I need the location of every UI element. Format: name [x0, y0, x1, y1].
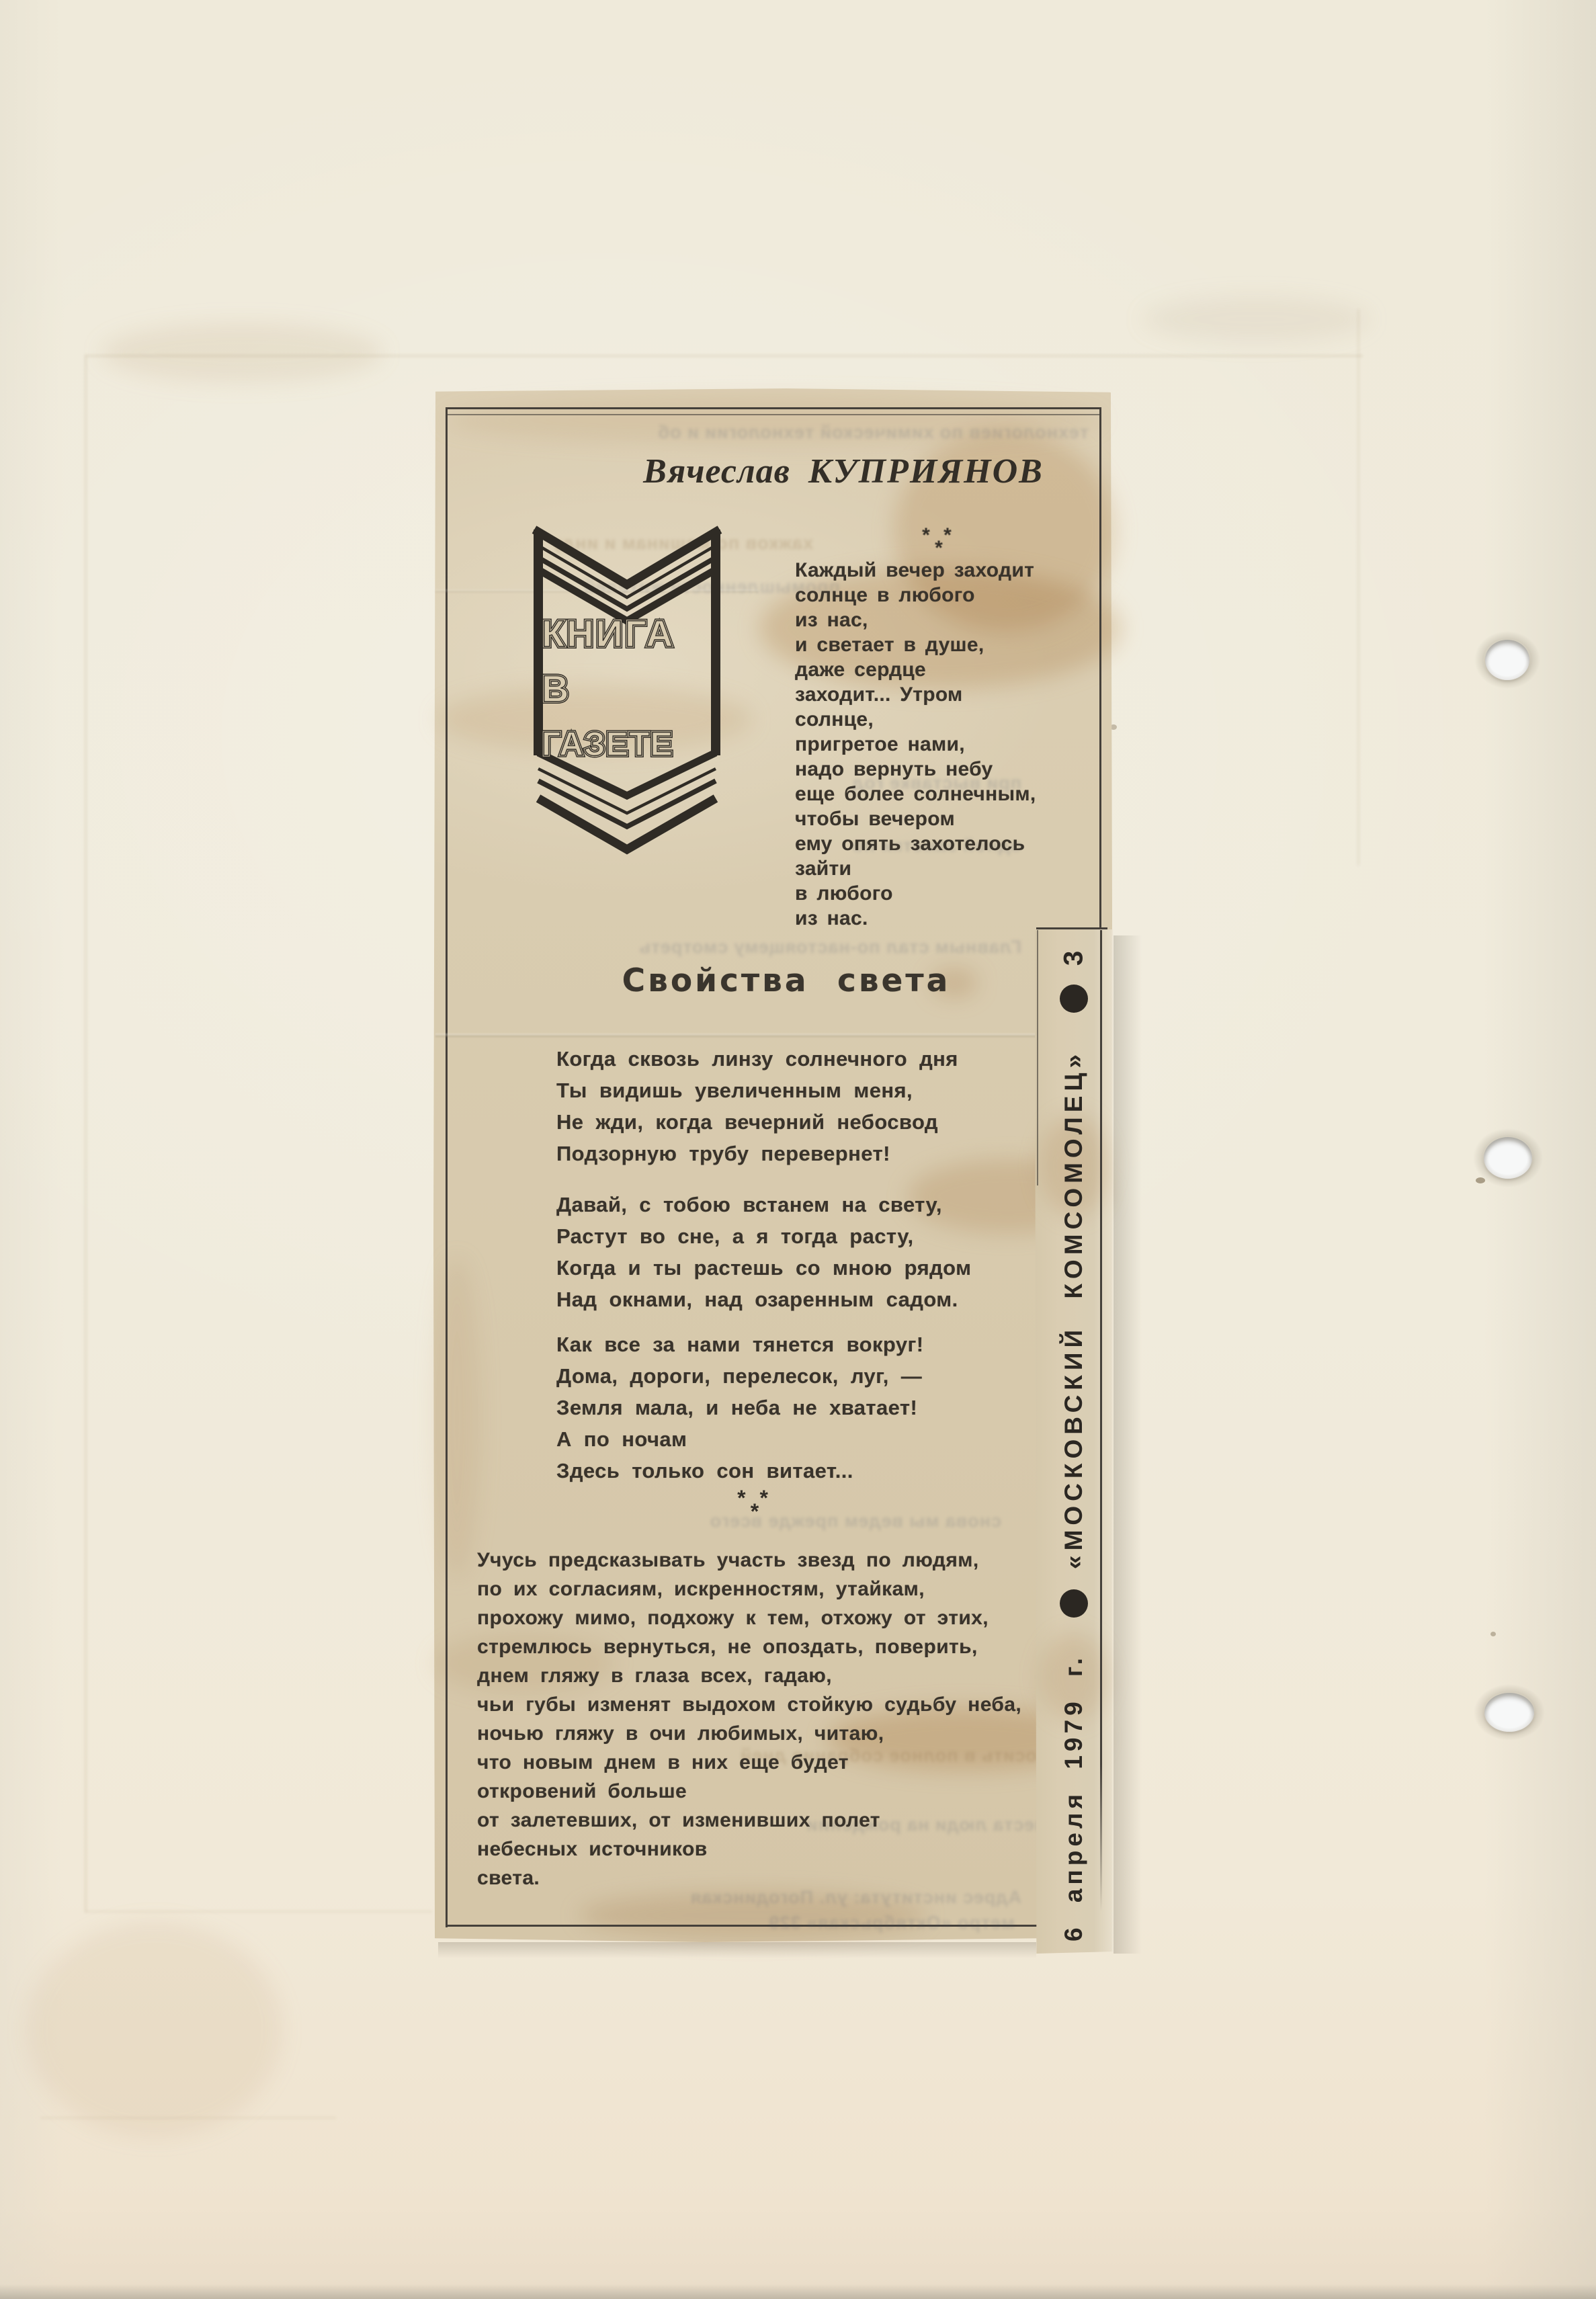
- poem-line: небесных источников: [477, 1835, 1021, 1864]
- glue-outline-right: [1357, 309, 1359, 866]
- punch-hole: [1485, 640, 1529, 680]
- logo-letter-layer: ГАЗЕТЕ: [542, 724, 673, 763]
- stanza-1: Когда сквозь линзу солнечного дняТы види…: [556, 1043, 958, 1169]
- poem-line: зайти: [795, 856, 1036, 881]
- asterism-row: *: [718, 1505, 792, 1519]
- poem-line: заходит... Утром: [795, 682, 1036, 707]
- poem-line: чтобы вечером: [795, 806, 1036, 831]
- logo-word-kniga: КНИГАКНИГАКНИГА: [542, 612, 712, 655]
- bullet-icon: [1060, 985, 1088, 1013]
- poem-line: пригретое нами,: [795, 732, 1036, 757]
- poem-line: Над окнами, над озаренным садом.: [556, 1284, 971, 1315]
- poem-line: Земля мала, и неба не хватает!: [556, 1392, 924, 1423]
- page-speck: [1490, 1632, 1496, 1636]
- page-stain: [27, 1922, 282, 2137]
- poem-line: по их согласиям, искренностям, утайкам,: [477, 1575, 1021, 1603]
- poem-line: что новым днем в них еще будет: [477, 1748, 1021, 1777]
- strip-shadow: [1114, 935, 1142, 1954]
- poem-line: стремлюсь вернуться, не опоздать, повери…: [477, 1632, 1021, 1661]
- logo-lettering: КНИГАКНИГАКНИГА ВВВ ГАЗЕТЕГАЗЕТЕГАЗЕТЕ: [542, 612, 712, 741]
- poem-line: солнце в любого: [795, 583, 1036, 608]
- logo-letter-layer: КНИГА: [542, 612, 675, 655]
- asterism-separator: * * *: [718, 1492, 792, 1519]
- fold-crease: [435, 1034, 1037, 1037]
- poem-line: и светает в душе,: [795, 632, 1036, 657]
- poem-line: света.: [477, 1864, 1021, 1892]
- scanner-edge-shadow: [0, 2284, 1596, 2299]
- poem-line: Подзорную трубу перевернет!: [556, 1138, 958, 1169]
- poem-line: Учусь предсказывать участь звезд по людя…: [477, 1546, 1021, 1575]
- poem-line: Здесь только сон витает...: [556, 1455, 924, 1487]
- punch-hole: [1484, 1137, 1532, 1179]
- poem-line: Дома, дороги, перелесок, луг, —: [556, 1360, 924, 1392]
- poem-line: А по ночам: [556, 1423, 924, 1455]
- scanned-archive-page: технологиев по химической технологии и о…: [0, 0, 1596, 2299]
- frame-right-rule: [1099, 407, 1101, 929]
- poem-line: прохожу мимо, подхожу к тем, отхожу от э…: [477, 1603, 1021, 1632]
- poem-line: откровений больше: [477, 1777, 1021, 1806]
- strip-left-rule: [1037, 930, 1038, 1185]
- stanza-2: Давай, с тобою встанем на свету,Растут в…: [556, 1189, 971, 1315]
- poem-line: надо вернуть небу: [795, 757, 1036, 782]
- poem-line: еще более солнечным,: [795, 782, 1036, 806]
- poem-line: из нас.: [795, 906, 1036, 931]
- sidebar-rotated-text: 6 апреля 1979 г. «МОСКОВСКИЙ КОМСОМОЛЕЦ»…: [1039, 929, 1109, 1951]
- clipping-stain: [433, 1257, 480, 1579]
- poem-line: ему опять захотелось: [795, 831, 1036, 856]
- bullet-icon: [1060, 1589, 1088, 1618]
- asterism-row: *: [909, 542, 969, 555]
- logo-letter-layer: В: [542, 667, 569, 710]
- poem-line: днем гляжу в глаза всех, гадаю,: [477, 1661, 1021, 1690]
- author-last-name: КУПРИЯНОВ: [808, 452, 1044, 491]
- stanza-3: Как все за нами тянется вокруг!Дома, дор…: [556, 1329, 924, 1487]
- bleedthrough-text: технологиев по химической технологии и о…: [464, 422, 1089, 443]
- newspaper-name: «МОСКОВСКИЙ КОМСОМОЛЕЦ»: [1060, 1050, 1088, 1569]
- page-number: 3: [1059, 951, 1089, 966]
- glue-outline-left: [85, 355, 87, 1913]
- poem-line: Растут во сне, а я тогда расту,: [556, 1220, 971, 1252]
- poem-line: Ты видишь увеличенным меня,: [556, 1075, 958, 1106]
- clipping-bottom-shadow: [438, 1942, 1036, 1958]
- poem-2: Учусь предсказывать участь звезд по людя…: [477, 1546, 1021, 1892]
- logo-word-v: ВВВ: [542, 667, 712, 710]
- poem-1: Каждый вечер заходитсолнце в любогоиз на…: [795, 558, 1036, 931]
- poem-line: Как все за нами тянется вокруг!: [556, 1329, 924, 1360]
- poem-line: из нас,: [795, 608, 1036, 632]
- poem-line: Давай, с тобою встанем на свету,: [556, 1189, 971, 1220]
- poem-line: Когда и ты растешь со мною рядом: [556, 1252, 971, 1284]
- poem-line: солнце,: [795, 707, 1036, 732]
- poem-line: от залетевших, от изменивших полет: [477, 1806, 1021, 1835]
- poem-line: Когда сквозь линзу солнечного дня: [556, 1043, 958, 1075]
- bleedthrough-text: Главным стал по-настоящему смотреть: [470, 937, 1021, 958]
- kniga-v-gazete-logo: КНИГАКНИГАКНИГА ВВВ ГАЗЕТЕГАЗЕТЕГАЗЕТЕ: [530, 519, 724, 855]
- author-first-name: Вячеслав: [643, 452, 790, 491]
- page-stain: [101, 323, 383, 383]
- glue-outline-bottom: [86, 1911, 432, 1913]
- frame-top-inner-rule: [446, 414, 1101, 415]
- section-title: Свойства света: [551, 962, 1021, 999]
- bleedthrough-text: метро «Октябрьская» 329: [638, 1913, 1015, 1933]
- asterism-separator: * * *: [909, 530, 969, 554]
- logo-word-gazete: ГАЗЕТЕГАЗЕТЕГАЗЕТЕ: [542, 724, 712, 767]
- poem-line: в любого: [795, 881, 1036, 906]
- poem-line: чьи губы изменят выдохом стойкую судьбу …: [477, 1690, 1021, 1719]
- punch-hole: [1484, 1693, 1534, 1732]
- issue-date: 6 апреля 1979 г.: [1060, 1654, 1088, 1941]
- poem-line: Каждый вечер заходит: [795, 558, 1036, 583]
- frame-left-rule: [446, 407, 448, 1927]
- poem-line: Не жди, когда вечерний небосвод: [556, 1106, 958, 1138]
- author-byline: Вячеслав КУПРИЯНОВ: [608, 452, 1079, 491]
- poem-line: ночью гляжу в очи любимых, читаю,: [477, 1719, 1021, 1748]
- poem-line: даже сердце: [795, 657, 1036, 682]
- frame-top-rule: [446, 407, 1101, 409]
- page-stain: [1142, 296, 1371, 343]
